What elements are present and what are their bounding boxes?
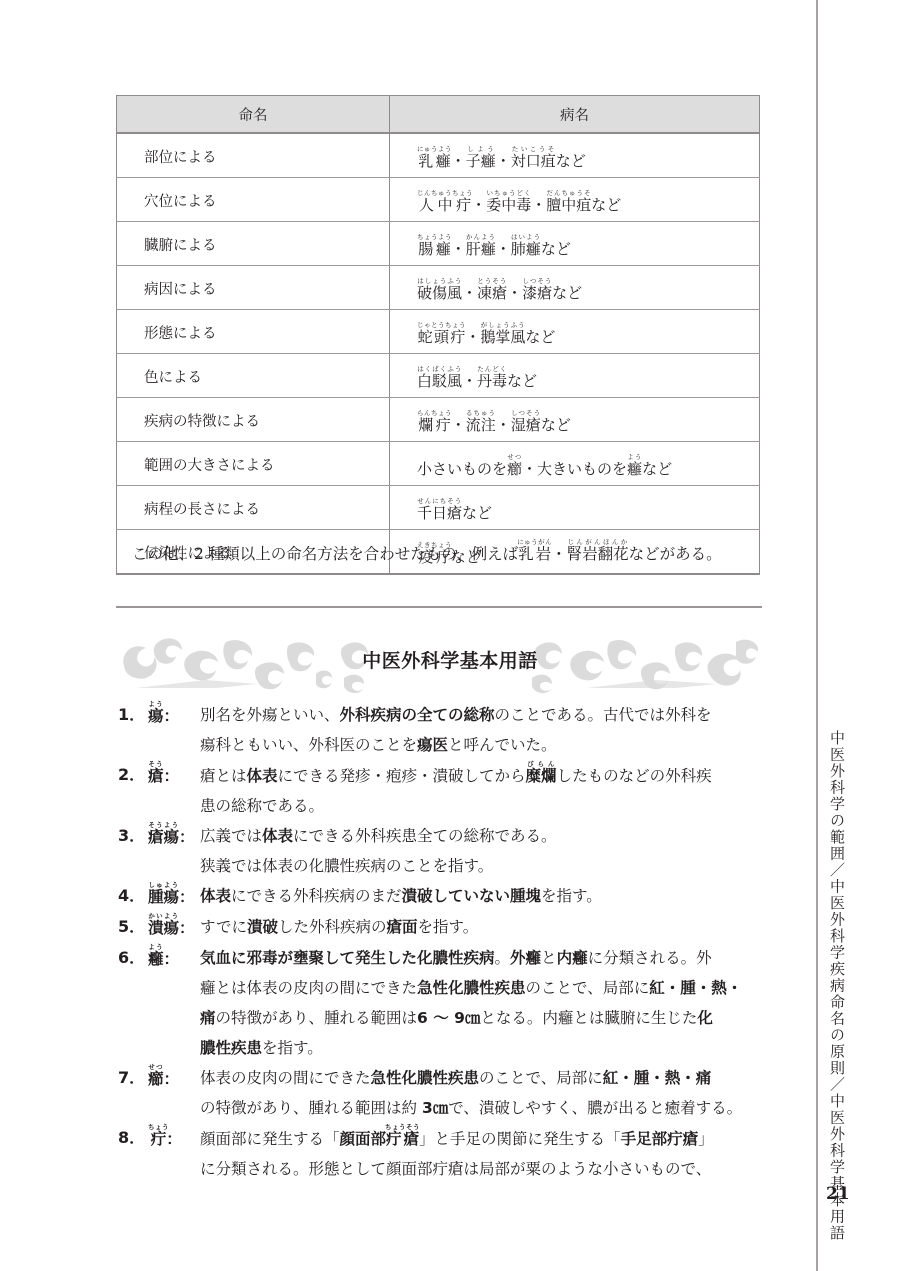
- glossary-item: 7．癤せつ：体表の皮肉の間にできた急性化膿性疾患のことで、局部に紅・腫・熱・痛の…: [118, 1063, 778, 1123]
- table-row: 病因による破傷風はしょうふう・凍瘡とうそう・漆瘡しつそうなど: [117, 266, 760, 310]
- text-run: した外科疾病の: [278, 918, 387, 936]
- text-run: ・: [462, 372, 477, 390]
- emphasis-text: 体表: [262, 827, 293, 845]
- text-run: など: [556, 152, 586, 170]
- definition-line: 気血に邪毒が壅聚して発生した化膿性疾病。外癰と内癰に分類される。外: [200, 943, 778, 973]
- definition-line: 膿性疾患を指す。: [200, 1033, 778, 1063]
- text-run: すでに: [200, 918, 247, 936]
- emphasis-text: 紅・腫・熱・痛: [603, 1069, 712, 1087]
- text-run: に分類される。外: [588, 949, 712, 967]
- item-number: 5．: [118, 912, 148, 942]
- naming-method-cell: 形態による: [117, 310, 390, 354]
- table-row: 臓腑による腸癰ちょうよう・肝癰かんよう・肺癰はいようなど: [117, 222, 760, 266]
- disease-name: 癤せつ: [507, 460, 522, 478]
- disease-name: 丹毒たんどく: [477, 372, 507, 390]
- text-run: 狭義では体表の化膿性疾病のことを指す。: [200, 857, 493, 875]
- item-number: 2．: [118, 760, 148, 790]
- text-run: を指す。: [418, 918, 479, 936]
- disease-names-cell: 腸癰ちょうよう・肝癰かんよう・肺癰はいようなど: [390, 222, 760, 266]
- disease-name: 乳岩にゅうがん: [518, 545, 551, 563]
- text-run: など: [591, 196, 621, 214]
- term-name: 瘡そう：: [148, 760, 200, 791]
- text-run: にできる発疹・疱疹・潰破してから: [278, 767, 526, 785]
- text-run: ・: [496, 416, 511, 434]
- emphasis-text: 瘍医: [417, 736, 448, 754]
- term-name: 癰よう：: [148, 943, 200, 974]
- naming-method-cell: 範囲の大きさによる: [117, 442, 390, 486]
- emphasis-text: 糜爛びらん: [526, 767, 557, 785]
- emphasis-text: 顔面部: [340, 1130, 387, 1148]
- disease-name: 委中毒いちゅうどく: [486, 196, 531, 214]
- text-run: ・: [507, 284, 522, 302]
- emphasis-text: 外科疾病の全ての総称: [340, 706, 495, 724]
- text-run: 。: [495, 949, 511, 967]
- text-run: 体表の皮肉の間にできた: [200, 1069, 371, 1087]
- text-run: など: [541, 416, 571, 434]
- text-run: 癰とは体表の皮肉の間にできた: [200, 979, 417, 997]
- text-run: ・: [451, 416, 466, 434]
- term-definition: 気血に邪毒が壅聚して発生した化膿性疾病。外癰と内癰に分類される。外癰とは体表の皮…: [200, 943, 778, 1063]
- item-number: 3．: [118, 821, 148, 851]
- emphasis-text: 内癰: [557, 949, 588, 967]
- disease-name: 湿瘡しつそう: [511, 416, 541, 434]
- text-run: ・: [462, 284, 477, 302]
- page-number: 21: [826, 1184, 850, 1204]
- term-definition: 別名を外瘍といい、外科疾病の全ての総称のことである。古代では外科を瘍科ともいい、…: [200, 700, 778, 760]
- term-name: 腫瘍しゅよう：: [148, 881, 200, 912]
- item-number: 7．: [118, 1063, 148, 1093]
- text-run: にできる外科疾患全ての総称である。: [293, 827, 557, 845]
- disease-name: 子癰しよう: [466, 152, 496, 170]
- term-name: 癤せつ：: [148, 1063, 200, 1094]
- definition-line: 狭義では体表の化膿性疾病のことを指す。: [200, 851, 778, 881]
- disease-name: 癰よう: [627, 460, 642, 478]
- term-definition: すでに潰破した外科疾病の瘡面を指す。: [200, 912, 778, 942]
- text-run: この他、2 種類以上の命名方法を合わせたもの、例えば: [132, 545, 518, 563]
- text-run: を指す。: [262, 1039, 323, 1057]
- emphasis-text: 急性化膿性疾患: [417, 979, 526, 997]
- emphasis-text: 気血に邪毒が壅聚して発生した化膿性疾病: [200, 949, 495, 967]
- glossary-item: 1．瘍よう：別名を外瘍といい、外科疾病の全ての総称のことである。古代では外科を瘍…: [118, 700, 778, 760]
- emphasis-text: 痛: [200, 1009, 216, 1027]
- disease-name: 腎岩翻花じんがんほんか: [567, 545, 629, 563]
- term-definition: 瘡とは体表にできる発疹・疱疹・潰破してから糜爛びらんしたものなどの外科疾患の総称…: [200, 760, 778, 821]
- term-name: 疔ちょう：: [148, 1123, 200, 1154]
- text-run: ・: [496, 240, 511, 258]
- term-name: 潰瘍かいよう：: [148, 912, 200, 943]
- disease-names-cell: 小さいものを癤せつ・大きいものを癰ようなど: [390, 442, 760, 486]
- text-run: ・大きいものを: [522, 460, 627, 478]
- disease-name: 肝癰かんよう: [466, 240, 496, 258]
- body-paragraph: この他、2 種類以上の命名方法を合わせたもの、例えば乳岩にゅうがん・腎岩翻花じん…: [116, 538, 766, 569]
- disease-name: 白駁風はくばくふう: [417, 372, 462, 390]
- column-header-disease: 病名: [390, 96, 760, 134]
- disease-name: 人中疔じんちゅうちょう: [417, 196, 471, 214]
- definition-line: 別名を外瘍といい、外科疾病の全ての総称のことである。古代では外科を: [200, 700, 778, 730]
- disease-names-cell: 爛疔らんちょう・流注るちゅう・湿瘡しつそうなど: [390, 398, 760, 442]
- disease-name: 流注るちゅう: [466, 416, 496, 434]
- naming-table: 命名 病名 部位による乳癰にゅうよう・子癰しよう・対口疽たいこうそなど穴位による…: [116, 95, 760, 575]
- text-run: となる。内癰とは臓腑に生じた: [480, 1009, 697, 1027]
- text-run: 瘍科ともいい、外科医のことを: [200, 736, 417, 754]
- table-row: 病程の長さによる千日瘡せんにちそうなど: [117, 486, 760, 530]
- disease-names-cell: 白駁風はくばくふう・丹毒たんどくなど: [390, 354, 760, 398]
- section-heading-text: 中医外科学基本用語: [362, 650, 538, 672]
- text-run: など: [541, 240, 571, 258]
- emphasis-text: 潰破していない腫塊: [402, 887, 542, 905]
- disease-name: 対口疽たいこうそ: [511, 152, 556, 170]
- definition-line: 癰とは体表の皮肉の間にできた急性化膿性疾患のことで、局部に紅・腫・熱・: [200, 973, 778, 1003]
- text-run: で、潰破しやすく、膿が出ると癒着する。: [448, 1099, 742, 1117]
- naming-method-cell: 病程の長さによる: [117, 486, 390, 530]
- emphasis-text: 紅・腫・熱・: [649, 979, 742, 997]
- naming-method-cell: 部位による: [117, 133, 390, 178]
- term-definition: 体表にできる外科疾病のまだ潰破していない腫塊を指す。: [200, 881, 778, 911]
- item-number: 8．: [118, 1123, 148, 1153]
- emphasis-text: 手足部疔瘡: [621, 1130, 699, 1148]
- disease-names-cell: 乳癰にゅうよう・子癰しよう・対口疽たいこうそなど: [390, 133, 760, 178]
- glossary-item: 4．腫瘍しゅよう：体表にできる外科疾病のまだ潰破していない腫塊を指す。: [118, 881, 778, 912]
- emphasis-text: 疔瘡ちょうそう: [386, 1130, 419, 1148]
- section-heading: 中医外科学基本用語: [0, 646, 900, 673]
- item-number: 1．: [118, 700, 148, 730]
- text-run: など: [552, 284, 582, 302]
- glossary-item: 2．瘡そう：瘡とは体表にできる発疹・疱疹・潰破してから糜爛びらんしたものなどの外…: [118, 760, 778, 821]
- disease-name: 千日瘡せんにちそう: [417, 504, 462, 522]
- term-definition: 顔面部に発生する「顔面部疔瘡ちょうそう」と手足の関節に発生する「手足部疔瘡」に分…: [200, 1123, 778, 1184]
- text-run: 」: [698, 1130, 714, 1148]
- text-run: ・: [551, 545, 567, 563]
- emphasis-text: 外癰: [510, 949, 541, 967]
- disease-name: 蛇頭疔じゃとうちょう: [417, 328, 465, 346]
- disease-name: 鵝掌風がしょうふう: [480, 328, 525, 346]
- margin-rule: [816, 0, 818, 1271]
- definition-line: に分類される。形態として顔面部疔瘡は局部が粟のような小さいもので、: [200, 1154, 778, 1184]
- definition-line: 患の総称である。: [200, 791, 778, 821]
- item-number: 6．: [118, 943, 148, 973]
- glossary-item: 5．潰瘍かいよう：すでに潰破した外科疾病の瘡面を指す。: [118, 912, 778, 943]
- naming-method-cell: 疾病の特徴による: [117, 398, 390, 442]
- disease-names-cell: 破傷風はしょうふう・凍瘡とうそう・漆瘡しつそうなど: [390, 266, 760, 310]
- text-run: に分類される。形態として顔面部疔瘡は局部が粟のような小さいもので、: [200, 1160, 711, 1178]
- text-run: などがある。: [629, 545, 722, 563]
- table-row: 穴位による人中疔じんちゅうちょう・委中毒いちゅうどく・膻中疽だんちゅうそなど: [117, 178, 760, 222]
- disease-names-cell: 人中疔じんちゅうちょう・委中毒いちゅうどく・膻中疽だんちゅうそなど: [390, 178, 760, 222]
- naming-method-cell: 臓腑による: [117, 222, 390, 266]
- naming-method-cell: 病因による: [117, 266, 390, 310]
- table-row: 部位による乳癰にゅうよう・子癰しよう・対口疽たいこうそなど: [117, 133, 760, 178]
- glossary-list: 1．瘍よう：別名を外瘍といい、外科疾病の全ての総称のことである。古代では外科を瘍…: [118, 700, 778, 1184]
- text-run: のことである。古代では外科を: [495, 706, 712, 724]
- text-run: ・: [496, 152, 511, 170]
- emphasis-text: 6 ～ 9㎝: [417, 1009, 480, 1027]
- definition-line: すでに潰破した外科疾病の瘡面を指す。: [200, 912, 778, 942]
- text-run: と呼んでいた。: [448, 736, 557, 754]
- naming-method-cell: 色による: [117, 354, 390, 398]
- table-header-row: 命名 病名: [117, 96, 760, 134]
- text-run: など: [507, 372, 537, 390]
- emphasis-text: 化: [697, 1009, 713, 1027]
- table-row: 形態による蛇頭疔じゃとうちょう・鵝掌風がしょうふうなど: [117, 310, 760, 354]
- text-run: 顔面部に発生する「: [200, 1130, 340, 1148]
- emphasis-text: 急性化膿性疾患: [371, 1069, 480, 1087]
- definition-line: 顔面部に発生する「顔面部疔瘡ちょうそう」と手足の関節に発生する「手足部疔瘡」: [200, 1123, 778, 1154]
- disease-name: 破傷風はしょうふう: [417, 284, 462, 302]
- disease-name: 凍瘡とうそう: [477, 284, 507, 302]
- text-run: のことで、局部に: [526, 979, 650, 997]
- definition-line: 痛の特徴があり、腫れる範囲は6 ～ 9㎝となる。内癰とは臓腑に生じた化: [200, 1003, 778, 1033]
- item-number: 4．: [118, 881, 148, 911]
- definition-line: の特徴があり、腫れる範囲は約 3㎝で、潰破しやすく、膿が出ると癒着する。: [200, 1093, 778, 1123]
- disease-name: 爛疔らんちょう: [417, 416, 451, 434]
- definition-line: 体表にできる外科疾病のまだ潰破していない腫塊を指す。: [200, 881, 778, 911]
- term-name: 瘍よう：: [148, 700, 200, 731]
- table-row: 色による白駁風はくばくふう・丹毒たんどくなど: [117, 354, 760, 398]
- text-run: など: [525, 328, 555, 346]
- column-header-naming: 命名: [117, 96, 390, 134]
- text-run: など: [642, 460, 672, 478]
- emphasis-text: 体表: [247, 767, 278, 785]
- table-row: 範囲の大きさによる小さいものを癤せつ・大きいものを癰ようなど: [117, 442, 760, 486]
- text-run: と: [541, 949, 557, 967]
- text-run: を指す。: [541, 887, 602, 905]
- text-run: ・: [471, 196, 486, 214]
- text-run: の特徴があり、腫れる範囲は: [216, 1009, 418, 1027]
- text-run: の特徴があり、腫れる範囲は約: [200, 1099, 422, 1117]
- term-definition: 体表の皮肉の間にできた急性化膿性疾患のことで、局部に紅・腫・熱・痛の特徴があり、…: [200, 1063, 778, 1123]
- disease-name: 肺癰はいよう: [511, 240, 541, 258]
- naming-method-cell: 穴位による: [117, 178, 390, 222]
- text-run: 別名を外瘍といい、: [200, 706, 340, 724]
- emphasis-text: 潰破: [247, 918, 278, 936]
- emphasis-text: 膿性疾患: [200, 1039, 262, 1057]
- text-run: にできる外科疾病のまだ: [231, 887, 402, 905]
- definition-line: 広義では体表にできる外科疾患全ての総称である。: [200, 821, 778, 851]
- text-run: 小さいものを: [417, 460, 507, 478]
- text-run: ・: [531, 196, 546, 214]
- section-divider: [116, 606, 762, 608]
- text-run: 患の総称である。: [200, 797, 324, 815]
- text-run: 瘡とは: [200, 767, 247, 785]
- text-run: 広義では: [200, 827, 262, 845]
- text-run: のことで、局部に: [479, 1069, 603, 1087]
- disease-names-cell: 蛇頭疔じゃとうちょう・鵝掌風がしょうふうなど: [390, 310, 760, 354]
- emphasis-text: 体表: [200, 887, 231, 905]
- glossary-item: 8．疔ちょう：顔面部に発生する「顔面部疔瘡ちょうそう」と手足の関節に発生する「手…: [118, 1123, 778, 1184]
- running-title: 中医外科学の範囲／中医外科学疾病命名の原則／中医外科学基本用語: [822, 730, 852, 1242]
- term-name: 瘡瘍そうよう：: [148, 821, 200, 852]
- emphasis-text: 3㎝: [422, 1099, 448, 1117]
- text-run: したものなどの外科疾: [557, 767, 712, 785]
- text-run: ・: [465, 328, 480, 346]
- table-body: 部位による乳癰にゅうよう・子癰しよう・対口疽たいこうそなど穴位による人中疔じんち…: [117, 133, 760, 574]
- glossary-item: 3．瘡瘍そうよう：広義では体表にできる外科疾患全ての総称である。狭義では体表の化…: [118, 821, 778, 881]
- disease-name: 腸癰ちょうよう: [417, 240, 451, 258]
- text-run: ・: [451, 240, 466, 258]
- text-run: 」と手足の関節に発生する「: [419, 1130, 621, 1148]
- definition-line: 体表の皮肉の間にできた急性化膿性疾患のことで、局部に紅・腫・熱・痛: [200, 1063, 778, 1093]
- text-run: ・: [451, 152, 466, 170]
- definition-line: 瘡とは体表にできる発疹・疱疹・潰破してから糜爛びらんしたものなどの外科疾: [200, 760, 778, 791]
- definition-line: 瘍科ともいい、外科医のことを瘍医と呼んでいた。: [200, 730, 778, 760]
- disease-name: 膻中疽だんちゅうそ: [546, 196, 591, 214]
- text-run: など: [462, 504, 492, 522]
- disease-name: 乳癰にゅうよう: [417, 152, 451, 170]
- glossary-item: 6．癰よう：気血に邪毒が壅聚して発生した化膿性疾病。外癰と内癰に分類される。外癰…: [118, 943, 778, 1063]
- disease-name: 漆瘡しつそう: [522, 284, 552, 302]
- term-definition: 広義では体表にできる外科疾患全ての総称である。狭義では体表の化膿性疾病のことを指…: [200, 821, 778, 881]
- emphasis-text: 瘡面: [387, 918, 418, 936]
- table-row: 疾病の特徴による爛疔らんちょう・流注るちゅう・湿瘡しつそうなど: [117, 398, 760, 442]
- disease-names-cell: 千日瘡せんにちそうなど: [390, 486, 760, 530]
